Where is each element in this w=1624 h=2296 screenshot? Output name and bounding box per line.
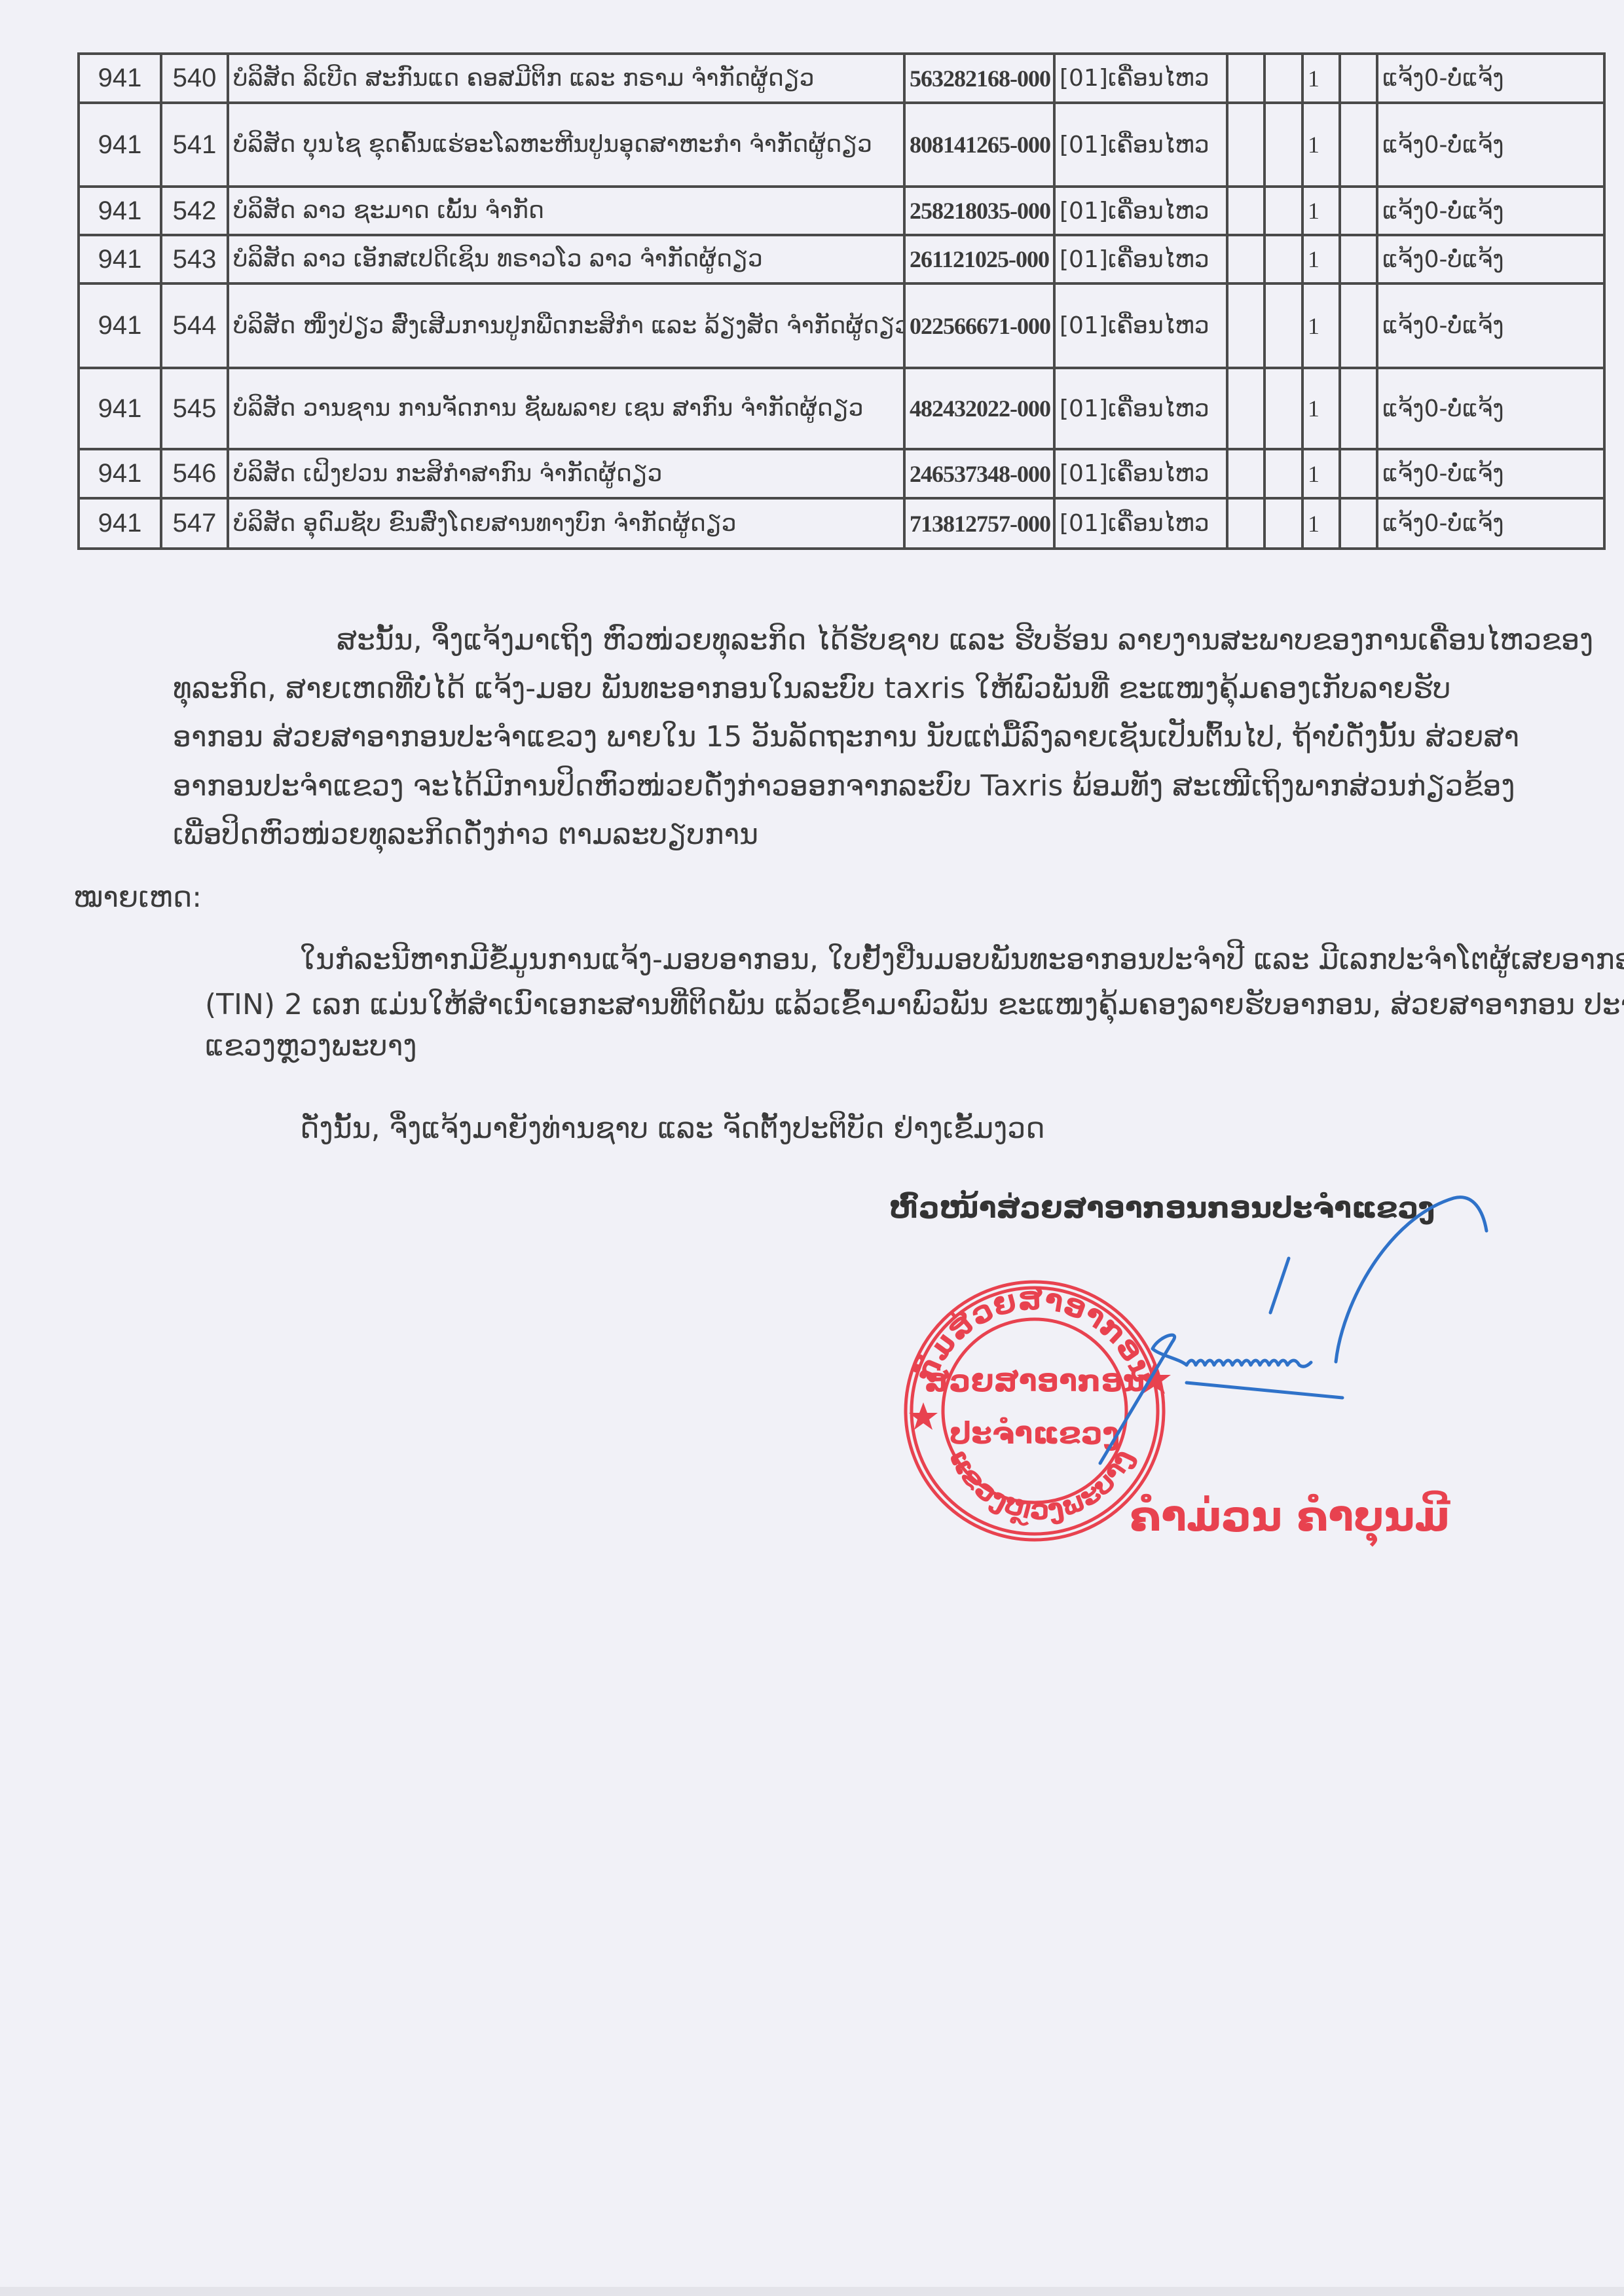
stamp-center-line1: ສ່ວຍສາອາກອນ [925, 1363, 1145, 1398]
official-stamp: ກົມສ່ວຍສາອາກອນ ແຂວງຫຼວງພະບາງ ສ່ວຍສາອາກອນ… [0, 0, 1624, 2296]
stamp-center-line2: ປະຈຳແຂວງ [950, 1415, 1120, 1451]
page-edge [0, 2287, 1624, 2296]
signer-name: ຄຳມ່ວນ ຄຳບຸນມີ [1130, 1493, 1450, 1541]
